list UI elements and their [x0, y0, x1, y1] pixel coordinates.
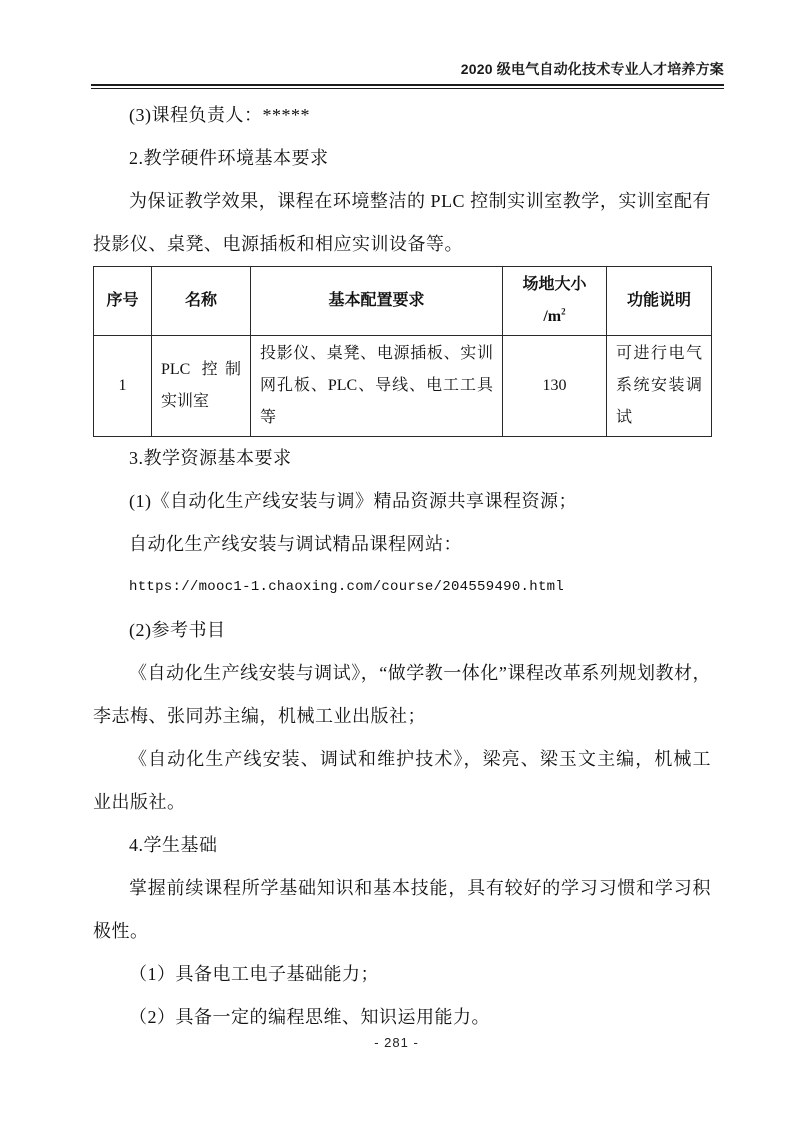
cell-function: 可进行电气系统安装调试 [607, 336, 712, 437]
paragraph-hardware-description: 为保证教学效果，课程在环境整洁的 PLC 控制实训室教学，实训室配有投影仪、桌凳… [93, 180, 711, 266]
col-header-area-line1: 场地大小 [512, 269, 597, 301]
cell-area: 130 [503, 336, 607, 437]
page-footer: - 281 - [0, 1034, 793, 1052]
document-body: (3)课程负责人：***** 2.教学硬件环境基本要求 为保证教学效果，课程在环… [93, 94, 711, 1039]
paragraph-ability-item2: （2）具备一定的编程思维、知识运用能力。 [93, 996, 711, 1039]
heading-reference-books: (2)参考书目 [93, 609, 711, 652]
paragraph-reference-book1: 《自动化生产线安装与调试》，“做学教一体化”课程改革系列规划教材，李志梅、张同苏… [93, 652, 711, 738]
page-header: 2020 级电气自动化技术专业人才培养方案 [91, 58, 724, 89]
page-number: - 281 - [374, 1035, 419, 1050]
paragraph-ability-item1: （1）具备电工电子基础能力； [93, 953, 711, 996]
paragraph-resource-item1: (1)《自动化生产线安装与调》精品资源共享课程资源； [93, 480, 711, 523]
table-header-row: 序号 名称 基本配置要求 场地大小 /m2 功能说明 [94, 267, 712, 336]
cell-config: 投影仪、桌凳、电源插板、实训网孔板、PLC、导线、电工工具等 [251, 336, 503, 437]
paragraph-course-leader: (3)课程负责人：***** [93, 94, 711, 137]
area-unit-base: /m [543, 308, 561, 325]
paragraph-reference-book2: 《自动化生产线安装、调试和维护技术》，梁亮、梁玉文主编，机械工业出版社。 [93, 738, 711, 824]
table-row: 1 PLC 控制实训室 投影仪、桌凳、电源插板、实训网孔板、PLC、导线、电工工… [94, 336, 712, 437]
paragraph-course-website-label: 自动化生产线安装与调试精品课程网站： [93, 523, 711, 566]
col-header-name: 名称 [152, 267, 251, 336]
document-page: 2020 级电气自动化技术专业人才培养方案 (3)课程负责人：***** 2.教… [0, 0, 793, 1122]
area-unit-superscript: 2 [561, 307, 566, 317]
col-header-function: 功能说明 [607, 267, 712, 336]
col-header-area: 场地大小 /m2 [503, 267, 607, 336]
paragraph-course-url: https://mooc1-1.chaoxing.com/course/2045… [93, 566, 711, 609]
facility-table: 序号 名称 基本配置要求 场地大小 /m2 功能说明 1 PLC 控制实训室 投… [93, 266, 712, 437]
heading-teaching-resources: 3.教学资源基本要求 [93, 437, 711, 480]
col-header-area-line2: /m2 [512, 301, 597, 333]
heading-hardware-requirements: 2.教学硬件环境基本要求 [93, 137, 711, 180]
col-header-config: 基本配置要求 [251, 267, 503, 336]
header-title: 2020 级电气自动化技术专业人才培养方案 [91, 58, 724, 80]
cell-index: 1 [94, 336, 152, 437]
col-header-index: 序号 [94, 267, 152, 336]
header-divider-rule [91, 84, 724, 89]
heading-student-foundation: 4.学生基础 [93, 824, 711, 867]
cell-name: PLC 控制实训室 [152, 336, 251, 437]
paragraph-foundation-description: 掌握前续课程所学基础知识和基本技能，具有较好的学习习惯和学习积极性。 [93, 867, 711, 953]
